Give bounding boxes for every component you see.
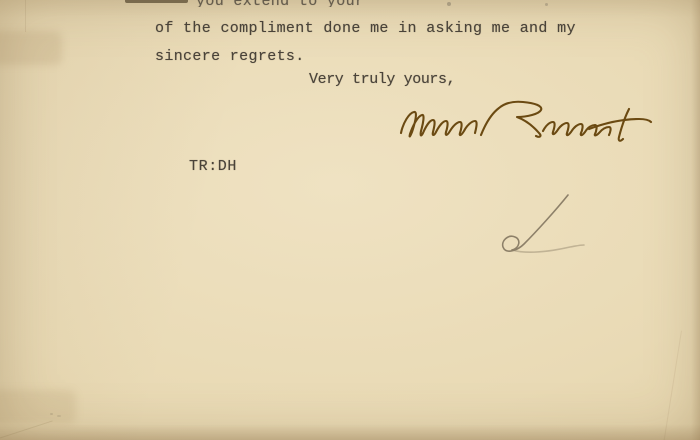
pencil-speck [50,413,53,415]
closing-line: Very truly yours, [309,72,455,87]
clipped-top-line: you extend to your [196,0,576,7]
paper-crease [25,0,26,32]
ink-speck [447,2,451,6]
ink-speck [545,3,548,6]
signature-theodore-roosevelt [393,99,655,144]
body-line-1: of the compliment done me in asking me a… [155,21,576,36]
paper-edge-shadow-bottom [0,424,700,440]
pencil-mark [492,192,587,257]
paper-edge-shadow-right [691,0,700,440]
paper-stain-top-left [0,31,62,65]
clipped-top-line-text: you extend to your [196,0,364,7]
pencil-speck [57,415,61,417]
typist-initials: TR:DH [189,159,237,174]
letter-page: you extend to your of the compliment don… [0,0,700,440]
clipped-underline-mark [125,0,188,3]
body-line-2: sincere regrets. [155,49,305,64]
paper-stain-bottom-left [0,390,76,424]
